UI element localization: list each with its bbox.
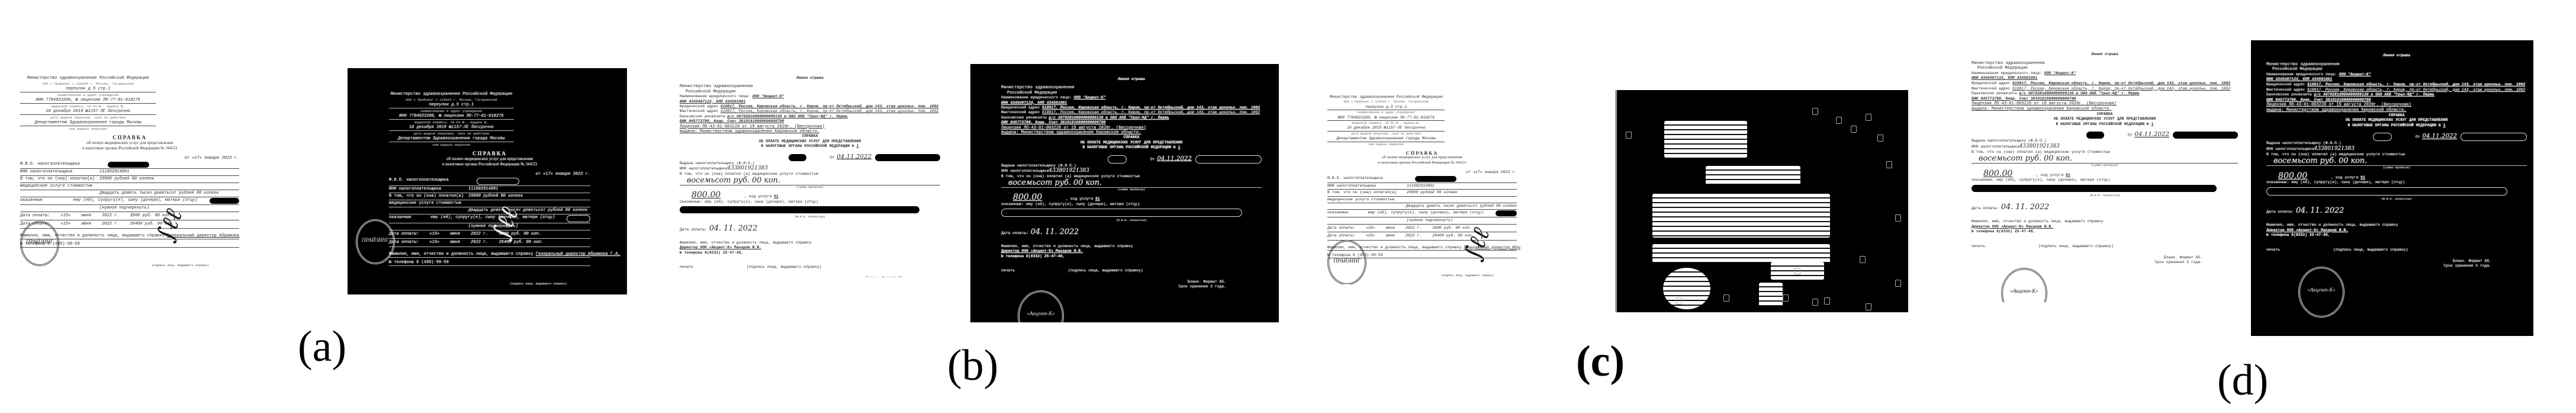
org-detail-row: Наименование юридического лица: ООО "Акц… bbox=[1972, 71, 2238, 76]
row-label bbox=[389, 208, 460, 213]
phone-number: № телефона 8(8332) 25-47-48, bbox=[680, 251, 940, 255]
underline-rule bbox=[2266, 165, 2527, 166]
underline-rule bbox=[20, 220, 239, 220]
tear-line-label: Линия отрыва bbox=[2266, 53, 2527, 59]
processed-document-moscow: Министерство здравоохранения Российской … bbox=[348, 68, 627, 294]
amount-in-words: восемьсот руб. 00 коп. bbox=[680, 177, 940, 185]
fio-caption: (Ф.И.О. полностью) bbox=[1001, 219, 1262, 223]
noise-artifact bbox=[1851, 126, 1857, 133]
row-label: ИНН налогоплательщика bbox=[20, 169, 91, 175]
noise-artifact bbox=[1895, 280, 1901, 287]
issuer-row: Фамилия, имя, отчество и должность лица,… bbox=[389, 252, 590, 257]
certificate-title: СПРАВКА bbox=[1972, 112, 2238, 117]
detail-label: Наименование юридического лица: bbox=[1001, 95, 1074, 100]
row-label bbox=[20, 206, 91, 211]
inn-row: ИНН налогоплательщика433801921383 bbox=[1001, 168, 1262, 174]
noise-artifact bbox=[1860, 256, 1866, 263]
payment-label: Дата оплаты: bbox=[20, 213, 50, 219]
header-line: Департаментом Здравоохранения города Мос… bbox=[389, 136, 514, 142]
payment-year: 2022 г. bbox=[102, 213, 119, 219]
header-line: выданной сервису, 18 03 № , выдана №, bbox=[20, 104, 156, 109]
underline-rule bbox=[389, 246, 590, 247]
form-row: ИНН налогоплательщика111602914901 bbox=[1327, 183, 1517, 189]
form-row: Двадцать девять тысяч девятьсот рублей 0… bbox=[389, 207, 590, 214]
form-row: медицинские услуги стоимостью bbox=[20, 183, 239, 190]
document-body: Линия отрываМинистерство здравоохранения… bbox=[657, 64, 947, 277]
underline-rule bbox=[680, 185, 940, 185]
service-code: 01 bbox=[774, 194, 779, 199]
payment-date-row: Дата оплаты: 04. 11. 2022 bbox=[2266, 209, 2527, 215]
payment-date-label: Дата оплаты: bbox=[680, 228, 709, 232]
retention-period: Срок хранения 3 года. bbox=[1001, 284, 1262, 289]
signature-row: печать(подпись лица, выдавшего справку) bbox=[680, 265, 940, 270]
header-line: кем выдана лицензия bbox=[20, 126, 156, 132]
payment-month: июня bbox=[1385, 226, 1395, 230]
redacted-patient-name bbox=[680, 206, 919, 213]
panel-label-b: (b) bbox=[947, 344, 998, 388]
org-detail-row: Фактический адрес 610017, Россия, Кировс… bbox=[2266, 88, 2527, 93]
phone-number: № телефона 8 (499)-99-59 bbox=[389, 260, 590, 265]
phone-number: № телефона 8(8332) 25-47-48, bbox=[2266, 233, 2527, 238]
amount-words-caption: (сумма прописью) bbox=[680, 185, 940, 190]
clinic-header: Министерство здравоохранения Российской … bbox=[1327, 95, 1445, 147]
stamp-text: «Акцент-К» bbox=[2300, 287, 2343, 293]
header-line: Департаментом Здравоохранения города Мос… bbox=[1327, 136, 1445, 141]
noise-artifact bbox=[1836, 117, 1842, 124]
issuer-label: Фамилия, имя, отчество и должность лица,… bbox=[2266, 223, 2527, 228]
document-body: Линия отрываМинистерство здравоохранения… bbox=[970, 64, 1279, 302]
issuer-value: Директор ООО «Акцент-К» Макаров И.В. bbox=[1001, 249, 1262, 254]
amount-value: 800.00 bbox=[2266, 171, 2331, 181]
underline-rule bbox=[389, 214, 590, 214]
payment-date-label: Дата оплаты: bbox=[1972, 206, 2001, 210]
service-code-label: , код услуги bbox=[2036, 173, 2066, 177]
underline-rule bbox=[1327, 196, 1517, 197]
redacted-patient-name bbox=[1972, 185, 2217, 192]
payment-year: 2022 г. bbox=[1406, 233, 1422, 238]
subtitle-text: В НАЛОГОВЫЕ ОРГАНЫ РОССИЙСКОЙ ФЕДЕРАЦИИ … bbox=[761, 144, 857, 148]
fio-caption: (Ф.И.О. полностью) bbox=[2266, 197, 2527, 203]
detail-label: Банковские реквизиты bbox=[680, 114, 728, 119]
header-line: дата выдачи лицензии, срок ее действия bbox=[20, 115, 156, 120]
redacted-block bbox=[2086, 132, 2104, 139]
header-line: Министерство здравоохранения Российской … bbox=[1327, 95, 1445, 100]
detail-value: ООО "Акцент-К" bbox=[2044, 71, 2076, 75]
inn-row: ИНН налогоплательщика433801921383 bbox=[1972, 144, 2238, 150]
text-region-blob bbox=[1759, 283, 1783, 306]
redacted-name bbox=[2461, 133, 2527, 141]
header-line: 18 декабря 2019 №1157-ЛС бессрочно bbox=[20, 109, 156, 114]
underline-rule bbox=[20, 212, 239, 212]
row-value: 111602914901 bbox=[1407, 184, 1435, 188]
tear-line-label: Линия отрыва bbox=[680, 76, 940, 81]
payment-amount: 3500 руб. 00 коп. bbox=[1432, 226, 1471, 230]
inn-row: ИНН налогоплательщика433801921383 bbox=[2266, 146, 2527, 152]
row-value: 29900 рублей 00 копеек bbox=[468, 194, 523, 199]
inn-value: 433801921383 bbox=[1049, 168, 1089, 174]
form-row: медицинские услуги стоимостью bbox=[1327, 197, 1517, 203]
org-detail-row: Фактический адрес 610017, Россия, Кировс… bbox=[680, 109, 940, 114]
payment-year: 2022 г. bbox=[102, 222, 119, 227]
certificate-subtitle: ОБ ОПЛАТЕ МЕДИЦИНСКИХ УСЛУГ ДЛЯ ПРЕДСТАВ… bbox=[2266, 118, 2527, 123]
row-label: оказанные bbox=[389, 215, 422, 222]
inn-kpp: ИНН 4345497133, КПП 434501001 bbox=[1972, 76, 2238, 81]
inn-kpp: ИНН 4345497133, КПП 434501001 bbox=[680, 100, 940, 104]
inn-row: ИНН налогоплательщика433801921383 bbox=[680, 166, 940, 171]
payment-date-row: Дата оплаты: 04. 11. 2022 bbox=[1001, 230, 1262, 236]
subtitle-text: В НАЛОГОВЫЕ ОРГАНЫ РОССИЙСКОЙ ФЕДЕРАЦИИ … bbox=[2056, 122, 2152, 126]
underline-rule bbox=[20, 175, 239, 176]
detail-label: Банковские реквизиты bbox=[1001, 116, 1049, 120]
signature-caption: (подпись лица, выдавшего справку) bbox=[1068, 268, 1143, 273]
payment-month: июня bbox=[1385, 233, 1395, 238]
redacted-patient-name bbox=[1001, 209, 1242, 217]
detail-label: Банковские реквизиты bbox=[1972, 91, 2019, 95]
row-value: (нужное подчеркнуть) bbox=[99, 206, 149, 211]
underline-rule bbox=[1972, 163, 2238, 164]
row-label: оказанные bbox=[20, 198, 65, 204]
header-line: кем выдана лицензия bbox=[1327, 142, 1445, 147]
header-line: переулок д.5 стр.1 bbox=[20, 87, 156, 92]
org-detail-row: Юридический адрес 610017, Россия, Кировс… bbox=[1972, 81, 2238, 87]
redacted-name bbox=[1415, 176, 1456, 182]
row-value: Двадцать девять тысяч девятьсот рублей 0… bbox=[1406, 204, 1517, 209]
payment-year: 2022 г. bbox=[471, 232, 488, 237]
signature-caption: (подпись лица, выдавшего справку) bbox=[2333, 248, 2408, 252]
license: Лицензия ЛО-43-01-003220 от 19 августа 2… bbox=[1972, 101, 2238, 107]
certificate-date: от «17» января 2023 г. bbox=[389, 172, 590, 177]
amount-in-words: восемьсот руб. 00 коп. bbox=[1001, 179, 1262, 187]
payment-date-row: Дата оплаты: 04. 11. 2022 bbox=[1972, 205, 2238, 212]
ministry-name: Министерство здравоохранения bbox=[2266, 62, 2527, 68]
detail-value: 610017, Россия, Кировская область, г. Ки… bbox=[721, 109, 938, 113]
detail-label: Юридический адрес bbox=[680, 104, 721, 108]
stamp-text: ПРАЙЗИНГ bbox=[358, 238, 393, 243]
redacted-patient-name bbox=[2266, 187, 2507, 196]
subtitle-text: В НАЛОГОВЫЕ ОРГАНЫ РОССИЙСКОЙ ФЕДЕРАЦИИ … bbox=[2348, 123, 2443, 127]
license-issuer: выдана: Министерством здравоохранения Ки… bbox=[2266, 108, 2527, 113]
tear-line-label: Линия отрыва bbox=[1001, 77, 1262, 82]
form-row: Двадцать девять тысяч девятьсот рублей 0… bbox=[1327, 203, 1517, 209]
noise-artifact bbox=[1723, 294, 1729, 302]
signature-caption: (подпись лица, выдавшего справку) bbox=[1441, 274, 1517, 278]
detail-label: Юридический адрес bbox=[1001, 105, 1042, 110]
certificate-subtitle: об оплате медицинских услуг для представ… bbox=[1327, 155, 1517, 160]
header-line: ИНН 7704923208, № лицензии ЛО-77-01-0182… bbox=[1327, 116, 1445, 120]
certificate-title: СПРАВКА bbox=[1327, 151, 1517, 155]
detail-value: 610017, Россия, Кировская область, г. Ки… bbox=[2307, 82, 2525, 87]
inn-kpp: ИНН 4345497133, КПП 434501001 bbox=[2266, 77, 2527, 82]
row-value: 29900 рублей 00 копеек bbox=[99, 177, 154, 182]
ministry-country: Российской Федерации bbox=[1001, 91, 1262, 95]
certificate-subtitle: В НАЛОГОВЫЕ ОРГАНЫ РОССИЙСКОЙ ФЕДЕРАЦИИ … bbox=[1001, 145, 1262, 150]
payment-date-label: Дата оплаты: bbox=[1001, 231, 1031, 235]
form-row: Двадцать девять тысяч девятьсот рублей 0… bbox=[20, 190, 239, 197]
payment-date: 04. 11. 2022 bbox=[2296, 206, 2344, 215]
service-code: 01 bbox=[2066, 173, 2070, 177]
underline-rule bbox=[389, 257, 590, 258]
panel-a: Министерство здравоохранения Российской … bbox=[0, 0, 651, 413]
underline-rule bbox=[389, 207, 590, 207]
handwritten-date: 04.11.2022 bbox=[2134, 131, 2169, 138]
redacted-relative bbox=[1496, 210, 1517, 216]
payment-label: Дата оплаты: bbox=[1327, 233, 1355, 238]
ministry-name: Министерство здравоохранения bbox=[1001, 85, 1262, 90]
signature-caption: (подпись лица, выдавшего справку) bbox=[152, 263, 239, 268]
issued-to-label: Выдана налогоплательщику (Ф.И.О.) bbox=[680, 161, 940, 166]
service-code: 01 bbox=[1095, 197, 1100, 201]
row-label: Ф.И.О. налогоплательщика bbox=[20, 162, 91, 168]
noise-artifact bbox=[1866, 303, 1871, 310]
inn-value: 433801921383 bbox=[2019, 143, 2060, 149]
form-row: медицинские услуги стоимостью bbox=[389, 200, 590, 207]
detail-label: Фактический адрес bbox=[1972, 87, 2012, 91]
payment-row: Дата оплаты:«15»июня2022 г.3500 руб. 00 … bbox=[1327, 225, 1517, 232]
underline-rule bbox=[20, 183, 239, 183]
form-row: (нужное подчеркнуть) bbox=[1327, 217, 1517, 223]
header-line: Министерство здравоохранения Российской … bbox=[389, 92, 514, 97]
stamp-caption: печать bbox=[680, 265, 693, 269]
row-label bbox=[1327, 204, 1398, 209]
certificate-number: 1 bbox=[857, 144, 859, 148]
detail-value: ООО "Акцент-К" bbox=[1074, 95, 1106, 100]
issuer-value: Генеральный директор Абрамова Г.А. bbox=[536, 252, 620, 257]
header-line: ООО « Прайзинг » 119034 г. Москва, Гагар… bbox=[1327, 100, 1445, 104]
ministry-country: Российской Федерации bbox=[2266, 67, 2527, 72]
redacted-name bbox=[2173, 132, 2238, 139]
payment-year: 2022 г. bbox=[1406, 226, 1422, 230]
stamp-text: «Акцент-К» bbox=[2003, 289, 2046, 294]
subtitle-text: В НАЛОГОВЫЕ ОРГАНЫ РОССИЙСКОЙ ФЕДЕРАЦИИ … bbox=[1083, 145, 1178, 149]
row-label: Ф.И.О. налогоплательщика bbox=[389, 178, 460, 185]
header-line: ИНН 7704923208, № лицензии ЛО-77-01-0182… bbox=[20, 98, 156, 103]
amount-row: 800.00, код услуги 01 bbox=[1001, 195, 1262, 201]
org-detail-row: Наименование юридического лица: ООО "Акц… bbox=[680, 94, 940, 99]
row-label bbox=[389, 224, 460, 229]
redacted-relative bbox=[567, 215, 590, 222]
license-issuer: выдана: Министерством здравоохранения Ки… bbox=[680, 129, 940, 134]
certificate-subtitle: в налоговые органы Российской Федерации … bbox=[1327, 161, 1517, 165]
ministry-country: Российской Федерации bbox=[1972, 66, 2238, 71]
issuer-value: Директор ООО «Акцент-К» Макаров И.В. bbox=[680, 245, 940, 250]
retention-period: Срок хранения 3 года. bbox=[2266, 264, 2527, 269]
row-value: Двадцать девять тысяч девятьсот рублей 0… bbox=[99, 191, 219, 196]
org-detail-row: Фактический адрес 610017, Россия, Кировс… bbox=[1001, 110, 1262, 115]
detail-label: Банковские реквизиты bbox=[2266, 92, 2314, 97]
underline-rule bbox=[389, 193, 590, 193]
company-stamp: «Акцент-К» bbox=[1018, 290, 1064, 322]
amount-in-words: восемьсот руб. 00 коп. bbox=[2266, 157, 2527, 165]
phone-number: № телефона 8(8332) 25-47-48, bbox=[1972, 229, 2238, 235]
form-row: ИНН налогоплательщика111602914901 bbox=[389, 186, 590, 193]
certificate-number: 1 bbox=[2443, 123, 2446, 127]
noise-artifact bbox=[1794, 268, 1800, 275]
document-body: Министерство здравоохранения Российской … bbox=[348, 68, 627, 294]
stamp-caption: печать bbox=[1001, 268, 1015, 273]
certificate-date-row: От 04.11.2022 bbox=[1972, 132, 2238, 139]
stamp-text: ПРАЙЗИНГ bbox=[1329, 258, 1365, 263]
payment-day: «15» bbox=[1366, 233, 1375, 238]
signature-row: печать(подпись лица, выдавшего справку) bbox=[1001, 268, 1262, 273]
redacted-name bbox=[108, 162, 149, 168]
noise-artifact bbox=[1895, 214, 1901, 222]
signature: ∫ℓℓ bbox=[162, 210, 178, 242]
certificate-subtitle: В НАЛОГОВЫЕ ОРГАНЫ РОССИЙСКОЙ ФЕДЕРАЦИИ … bbox=[2266, 123, 2527, 129]
rendered-to: оказанные: ему (ей), супругу(е), сыну (д… bbox=[680, 200, 940, 204]
header-line: 18 декабря 2019 №1157-ЛС бессрочно bbox=[389, 125, 514, 130]
signature: ∫ℓℓ bbox=[498, 208, 514, 240]
stamp-caption: печать bbox=[1972, 244, 1985, 248]
fio-caption: (Ф.И.О. полностью) bbox=[680, 215, 940, 220]
company-stamp: «Акцент-К» bbox=[2298, 267, 2345, 318]
document-body: Министерство здравоохранения Российской … bbox=[12, 70, 240, 271]
ministry-name: Министерство здравоохранения bbox=[1972, 61, 2238, 66]
form-row: Ф.И.О. налогоплательщика bbox=[20, 161, 239, 168]
row-value: (нужное подчеркнуть) bbox=[1407, 218, 1453, 223]
certificate-subtitle: В НАЛОГОВЫЕ ОРГАНЫ РОССИЙСКОЙ ФЕДЕРАЦИИ … bbox=[1972, 122, 2238, 127]
detail-value: ООО "Акцент-К" bbox=[2339, 72, 2371, 76]
processed-document-kirov: Линия отрываМинистерство здравоохранения… bbox=[2251, 40, 2533, 336]
company-stamp: «Акцент-К» bbox=[2001, 268, 2047, 302]
amount-row: 800.00, код услуги 01 bbox=[1972, 171, 2238, 178]
rendered-to: оказанные: ему (ей), супругу(е), сыну (д… bbox=[1972, 178, 2238, 183]
certificate-subtitle: в налоговые органы Российской Федерации … bbox=[389, 162, 590, 167]
detail-value: р/с 40702810900000009130 в ОАО АКБ "Урал… bbox=[728, 114, 848, 119]
stamp-text: «Акцент-К» bbox=[1020, 311, 1062, 316]
header-line: переулок д.5 стр.1 bbox=[389, 103, 514, 108]
detail-value: 610017, Россия, Кировская область, г. Ки… bbox=[1042, 110, 1260, 114]
handwritten-date: 04.11.2022 bbox=[837, 153, 871, 160]
row-label: ИНН налогоплательщика bbox=[389, 187, 460, 192]
noise-artifact bbox=[1877, 135, 1883, 142]
underline-rule bbox=[20, 168, 239, 169]
payment-month: июня bbox=[81, 213, 91, 219]
stamp-text: ПРАЙЗИНГ bbox=[22, 239, 57, 245]
org-detail-row: Банковские реквизиты р/с 407028109000000… bbox=[680, 114, 940, 119]
certificate-subtitle: об оплате медицинских услуг для представ… bbox=[389, 156, 590, 162]
detail-label: Наименование юридического лица: bbox=[1972, 71, 2044, 75]
inn-label: ИНН налогоплательщика bbox=[680, 167, 728, 171]
form-row: Ф.И.О. налогоплательщика bbox=[1327, 175, 1517, 183]
payment-month: июня bbox=[450, 232, 460, 237]
rendered-to: оказанные: ему (ей), супругу(е), сыну (д… bbox=[1001, 202, 1262, 207]
header-line: ООО « Прайзинг » 119034 г. Москва, Гагар… bbox=[389, 97, 514, 103]
row-label: оказанные bbox=[1327, 210, 1360, 216]
payment-row: Дата оплаты:«15»июня2022 г.26400 руб. 00… bbox=[389, 239, 590, 246]
retention-period: Срок хранения 3 года. bbox=[1972, 260, 2238, 265]
original-document-moscow: Министерство здравоохранения Российской … bbox=[1319, 89, 1520, 284]
payment-month: июня bbox=[450, 240, 460, 245]
row-label: медицинские услуги стоимостью bbox=[20, 184, 91, 189]
handwritten-date: 04.11.2022 bbox=[2422, 133, 2457, 140]
payment-label: Дата оплаты: bbox=[1327, 226, 1355, 230]
bik: БИК 045773790, Корр. Счет 30101810800000… bbox=[1001, 120, 1262, 125]
underline-rule bbox=[1327, 189, 1517, 190]
row-label: медицинские услуги стоимостью bbox=[389, 201, 460, 206]
document-body: Министерство здравоохранения Российской … bbox=[1319, 89, 1520, 284]
redacted-name bbox=[875, 154, 940, 161]
inn-value: 433801921383 bbox=[2314, 146, 2355, 152]
company-stamp: ПРАЙЗИНГ bbox=[20, 221, 59, 266]
certificate-number: 1 bbox=[1178, 145, 1181, 149]
header-line: выданной сервису, 18 03 № , выдана №, bbox=[389, 120, 514, 125]
header-line: 18 декабря 2019 №1157-ЛС бессрочно bbox=[1327, 126, 1445, 130]
noise-artifact bbox=[1824, 297, 1830, 305]
underline-rule bbox=[1327, 203, 1517, 203]
detail-label: Наименование юридического лица: bbox=[680, 94, 752, 98]
text-region-blob bbox=[1652, 194, 1830, 238]
form-row: ИНН налогоплательщика111602914901 bbox=[20, 169, 239, 175]
signature: ∫ℓℓ bbox=[1469, 228, 1485, 260]
row-value: 111602914901 bbox=[468, 187, 498, 192]
certificate-title: СПРАВКА bbox=[680, 134, 940, 139]
amount-value: 800.00 bbox=[1972, 169, 2036, 178]
rendered-to: оказанные: ему (ей), супругу(е), сыну (д… bbox=[2266, 180, 2527, 185]
clinic-header: Министерство здравоохранения Российской … bbox=[20, 76, 156, 132]
redacted-name bbox=[1195, 155, 1262, 164]
header-line: дата выдачи лицензии, срок ее действия bbox=[1327, 132, 1445, 136]
row-value: ему (ей), супругу(е), сыну (дочери), мат… bbox=[73, 198, 198, 204]
detail-value: 610017, Россия, Кировская область, г. Ки… bbox=[2012, 87, 2230, 91]
amount-value: 800.00 bbox=[680, 190, 744, 200]
header-line: дата выдачи лицензии, срок ее действия bbox=[389, 131, 514, 136]
issued-to-label: Выдана налогоплательщику (Ф.И.О.) bbox=[1972, 139, 2238, 144]
amount-words-caption: (сумма прописью) bbox=[2266, 166, 2527, 171]
inn-label: ИНН налогоплательщика bbox=[1972, 145, 2019, 149]
inn-label: ИНН налогоплательщика bbox=[2266, 147, 2314, 151]
original-document-kirov: Линия отрываМинистерство здравоохранения… bbox=[657, 64, 947, 277]
underline-rule bbox=[389, 238, 590, 239]
date-prefix: От bbox=[2416, 135, 2423, 139]
inn-value: 433801921383 bbox=[728, 165, 768, 171]
certificate-subtitle: в налоговые органы Российской Федерации … bbox=[20, 146, 239, 151]
row-label bbox=[1327, 218, 1398, 223]
ministry-name: Министерство здравоохранения bbox=[680, 84, 940, 89]
signature-caption: (подпись лица, выдавшего справку) bbox=[747, 265, 822, 269]
document-body: Линия отрываМинистерство здравоохранения… bbox=[1954, 41, 2250, 276]
form-row: (нужное подчеркнуть) bbox=[20, 205, 239, 212]
payment-date-row: Дата оплаты: 04. 11. 2022 bbox=[680, 226, 940, 232]
row-value: Двадцать девять тысяч девятьсот рублей 0… bbox=[468, 208, 588, 213]
inn-label: ИНН налогоплательщика bbox=[1001, 169, 1049, 173]
text-region-blob bbox=[1663, 268, 1710, 309]
panel-d: Линия отрываМинистерство здравоохранения… bbox=[1954, 0, 2576, 413]
bik: БИК 045773790, Корр. Счет 30101810800000… bbox=[680, 119, 940, 124]
noise-artifact bbox=[1866, 114, 1871, 121]
license: Лицензия ЛО-43-01-003220 от 19 августа 2… bbox=[1001, 126, 1262, 130]
noise-artifact bbox=[1676, 297, 1682, 305]
panel-label-d: (d) bbox=[2217, 358, 2268, 402]
org-detail-row: Банковские реквизиты р/с 407028109000000… bbox=[1001, 116, 1262, 120]
service-code-label: , код услуги bbox=[2331, 175, 2360, 180]
payment-year: 2022 г. bbox=[471, 240, 488, 245]
detail-value: ООО "Акцент-К" bbox=[752, 94, 784, 98]
phone-number: № телефона 8(8332) 25-47-48, bbox=[1001, 254, 1262, 259]
underline-rule bbox=[20, 197, 239, 197]
service-code: 01 bbox=[2360, 175, 2365, 180]
issuer-label: Фамилия, имя, отчество и должность лица,… bbox=[1972, 219, 2238, 225]
noise-artifact bbox=[1626, 132, 1632, 139]
header-line: переулок д.5 стр.1 bbox=[1327, 105, 1445, 110]
noise-artifact bbox=[1783, 294, 1789, 302]
text-region-blob bbox=[1664, 121, 1747, 158]
panel-b: Линия отрываМинистерство здравоохранения… bbox=[651, 0, 1303, 413]
signature-row: печать(подпись лица, выдавшего справку) bbox=[2266, 248, 2527, 253]
issued-to-label: Выдана налогоплательщику (Ф.И.О.) bbox=[1001, 164, 1262, 168]
ministry-country: Российской Федерации bbox=[680, 89, 940, 94]
company-stamp: ПРАЙЗИНГ bbox=[1327, 240, 1366, 284]
panel-label-c: (c) bbox=[1576, 340, 1625, 383]
